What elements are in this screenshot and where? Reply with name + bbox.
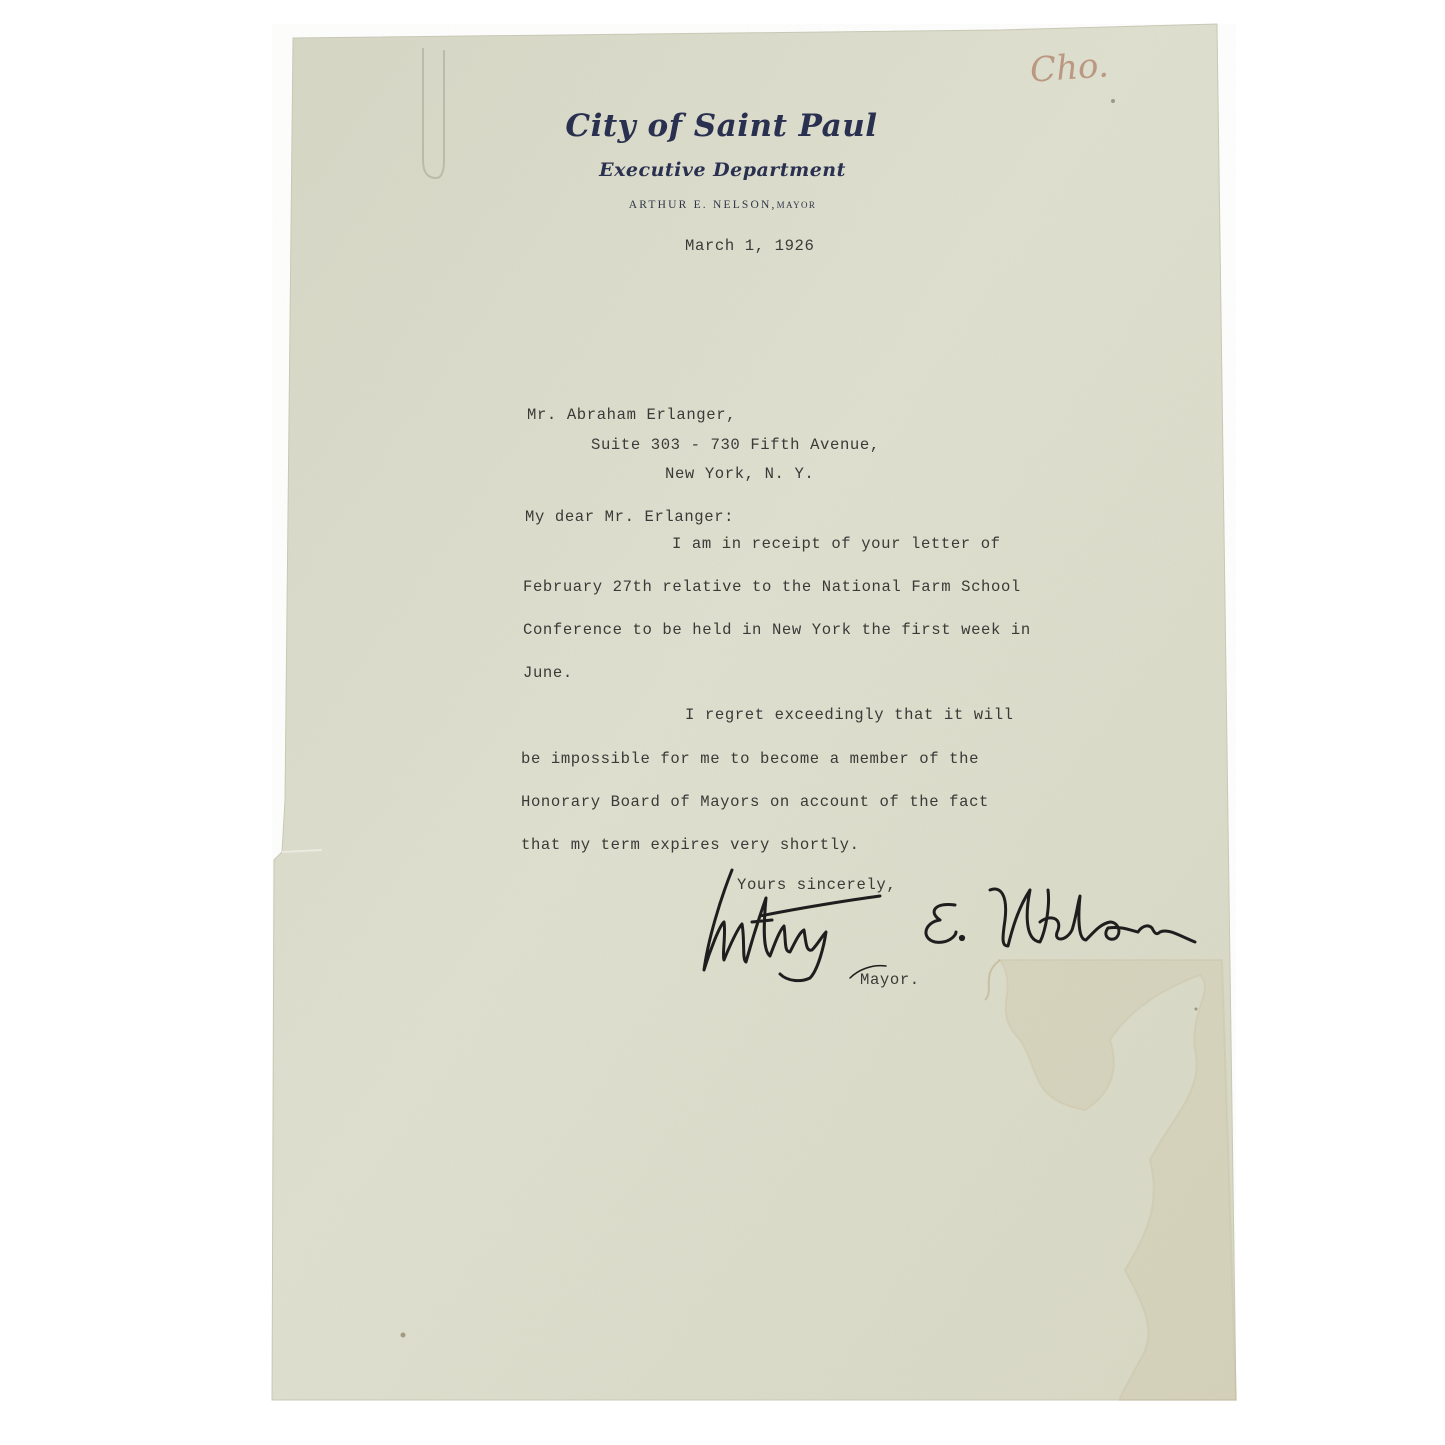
body-line: June. bbox=[523, 664, 573, 682]
body-line: Honorary Board of Mayors on account of t… bbox=[521, 793, 989, 811]
signer-title: Mayor. bbox=[860, 971, 920, 989]
letter-date: March 1, 1926 bbox=[685, 237, 814, 255]
letterhead-official-title: MAYOR bbox=[777, 200, 817, 210]
recipient-address-line-1: Suite 303 - 730 Fifth Avenue, bbox=[591, 436, 880, 454]
margin-note: Cho. bbox=[1029, 45, 1110, 90]
signature bbox=[690, 860, 1210, 1000]
letterhead-title: City of Saint Paul bbox=[0, 108, 1444, 144]
body-line: I am in receipt of your letter of bbox=[672, 535, 1001, 553]
body-line: I regret exceedingly that it will bbox=[685, 706, 1014, 724]
body-line: February 27th relative to the National F… bbox=[523, 578, 1021, 596]
body-line: Conference to be held in New York the fi… bbox=[523, 621, 1031, 639]
body-line: be impossible for me to become a member … bbox=[521, 750, 979, 768]
letterhead-department: Executive Department bbox=[0, 159, 1445, 181]
body-line: that my term expires very shortly. bbox=[521, 836, 860, 854]
recipient-address-line-2: New York, N. Y. bbox=[665, 465, 814, 483]
salutation: My dear Mr. Erlanger: bbox=[525, 508, 734, 526]
letterhead-official: ARTHUR E. NELSON,MAYOR bbox=[0, 199, 1445, 211]
recipient-name: Mr. Abraham Erlanger, bbox=[527, 406, 736, 424]
letterhead-official-name: ARTHUR E. NELSON, bbox=[629, 199, 777, 211]
